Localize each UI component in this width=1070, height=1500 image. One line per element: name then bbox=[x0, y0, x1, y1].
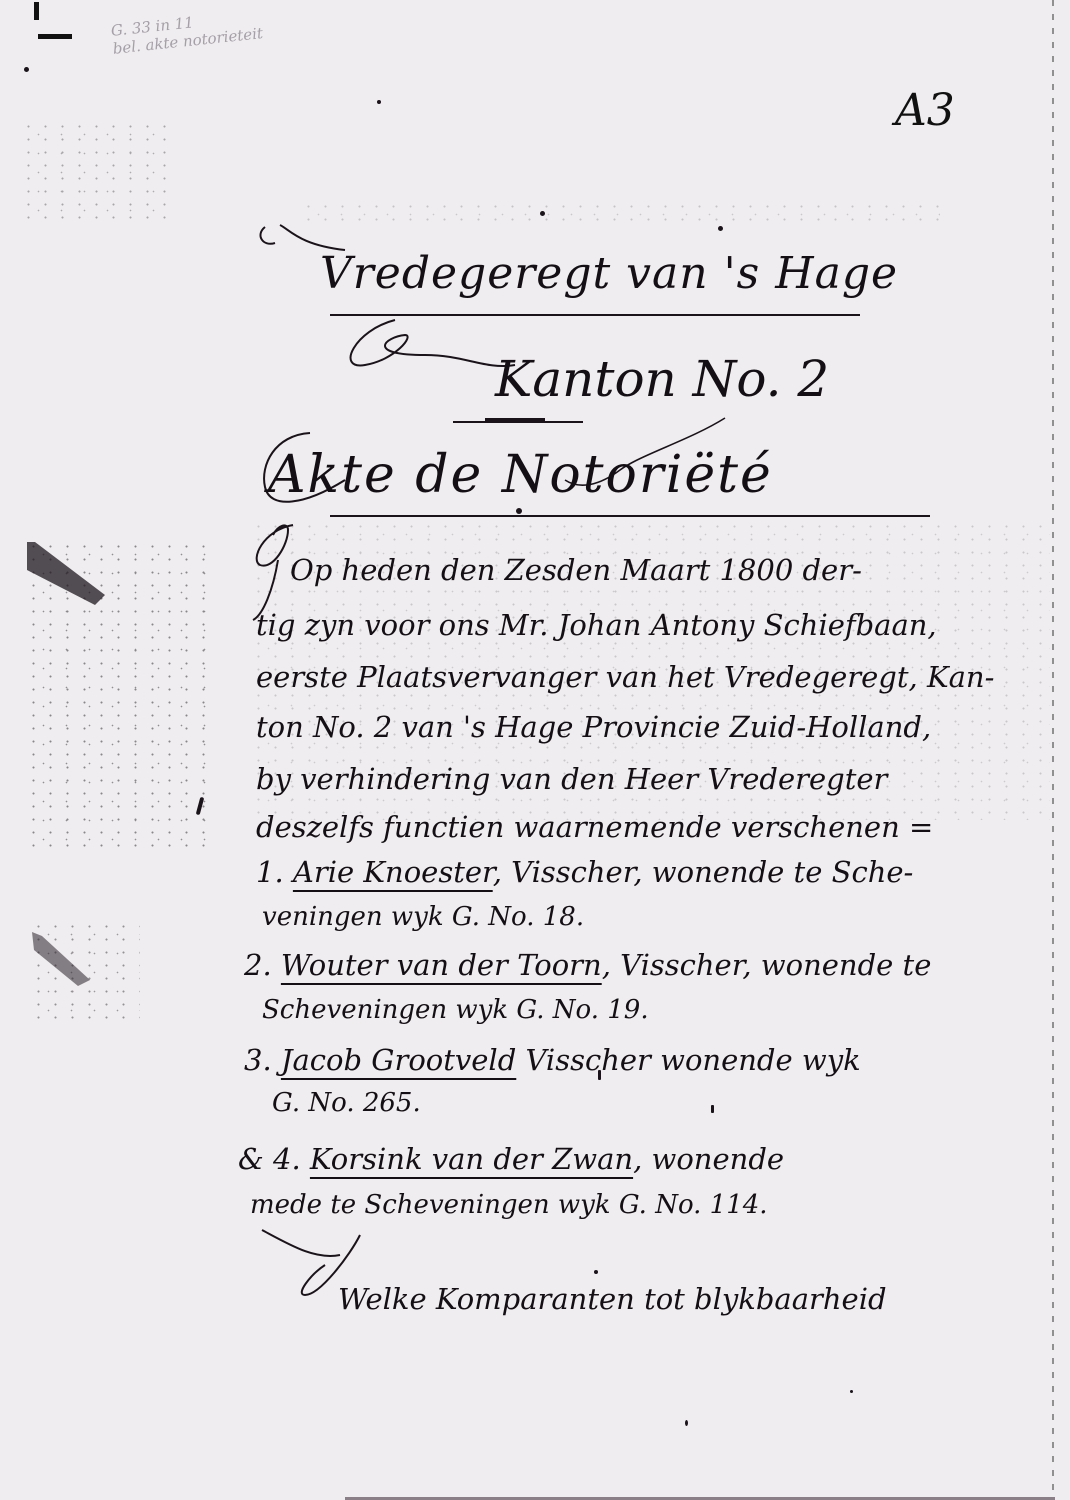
scan-noise-top-left bbox=[20, 120, 170, 220]
ink-speck bbox=[850, 1390, 853, 1393]
comparant-2: 2. Wouter van der Toorn, Visscher, wonen… bbox=[244, 948, 931, 982]
comparant-1-details: , Visscher, wonende te Sche- bbox=[493, 855, 914, 889]
scan-noise-lower-left bbox=[30, 920, 140, 1020]
comparant-4-details: , wonende bbox=[633, 1142, 784, 1176]
ink-speck bbox=[594, 1270, 598, 1274]
comparant-4-address: mede te Scheveningen wyk G. No. 114. bbox=[250, 1190, 768, 1220]
document-title: Akte de Notoriëté bbox=[268, 445, 773, 505]
pencil-archival-note: G. 33 in 11 bel. akte notorieteit bbox=[110, 6, 264, 58]
ink-speck bbox=[718, 226, 723, 231]
closing-line: Welke Komparanten tot blykbaarheid bbox=[338, 1282, 887, 1316]
comparant-3-name: Jacob Grootveld bbox=[281, 1043, 516, 1077]
ink-speck bbox=[24, 67, 29, 72]
heading-rule-2-thick bbox=[485, 418, 545, 421]
body-line-1: Op heden den Zesden Maart 1800 der- bbox=[290, 553, 862, 587]
body-line-5: by verhindering van den Heer Vrederegter bbox=[256, 762, 887, 796]
ink-speck bbox=[377, 100, 381, 104]
body-line-2: tig zyn voor ons Mr. Johan Antony Schief… bbox=[256, 608, 937, 642]
ink-speck bbox=[711, 1105, 714, 1113]
comparant-3-address: G. No. 265. bbox=[272, 1088, 421, 1118]
title-rule bbox=[330, 515, 930, 517]
comparant-2-details: , Visscher, wonende te bbox=[602, 948, 932, 982]
comparant-2-address: Scheveningen wyk G. No. 19. bbox=[262, 995, 649, 1025]
document-page: G. 33 in 11 bel. akte notorieteit A3 Vre… bbox=[0, 0, 1070, 1500]
comparant-2-name: Wouter van der Toorn bbox=[281, 948, 602, 982]
page-right-edge bbox=[1052, 0, 1054, 1500]
comparant-2-number: 2. bbox=[244, 948, 272, 982]
comparant-4-number: & 4. bbox=[238, 1142, 301, 1176]
ink-speck bbox=[598, 1070, 601, 1080]
body-line-3: eerste Plaatsvervanger van het Vredegere… bbox=[256, 660, 994, 694]
comparant-1-address: veningen wyk G. No. 18. bbox=[262, 902, 584, 932]
ink-speck bbox=[540, 211, 545, 216]
district-heading: Kanton No. 2 bbox=[495, 350, 829, 408]
comparant-1-name: Arie Knoester bbox=[293, 855, 493, 889]
body-line-6: deszelfs functien waarnemende verschenen… bbox=[256, 810, 933, 844]
comparant-1: 1. Arie Knoester, Visscher, wonende te S… bbox=[256, 855, 913, 889]
body-line-4: ton No. 2 van 's Hage Provincie Zuid-Hol… bbox=[256, 710, 931, 744]
comparant-3-number: 3. bbox=[244, 1043, 272, 1077]
comparant-3-details: Visscher wonende wyk bbox=[516, 1043, 860, 1077]
ink-speck bbox=[685, 1420, 688, 1426]
comparant-4-name: Korsink van der Zwan bbox=[310, 1142, 633, 1176]
scan-noise-header bbox=[300, 200, 940, 230]
scan-noise-left-margin bbox=[25, 540, 215, 850]
court-heading: Vredegeregt van 's Hage bbox=[320, 248, 898, 299]
heading-rule-1 bbox=[330, 314, 860, 316]
comparant-4: & 4. Korsink van der Zwan, wonende bbox=[238, 1142, 784, 1176]
comparant-1-number: 1. bbox=[256, 855, 284, 889]
comparant-3: 3. Jacob Grootveld Visscher wonende wyk bbox=[244, 1043, 861, 1077]
folio-mark: A3 bbox=[895, 85, 955, 136]
ink-speck bbox=[516, 508, 522, 514]
heading-rule-2 bbox=[453, 421, 583, 423]
